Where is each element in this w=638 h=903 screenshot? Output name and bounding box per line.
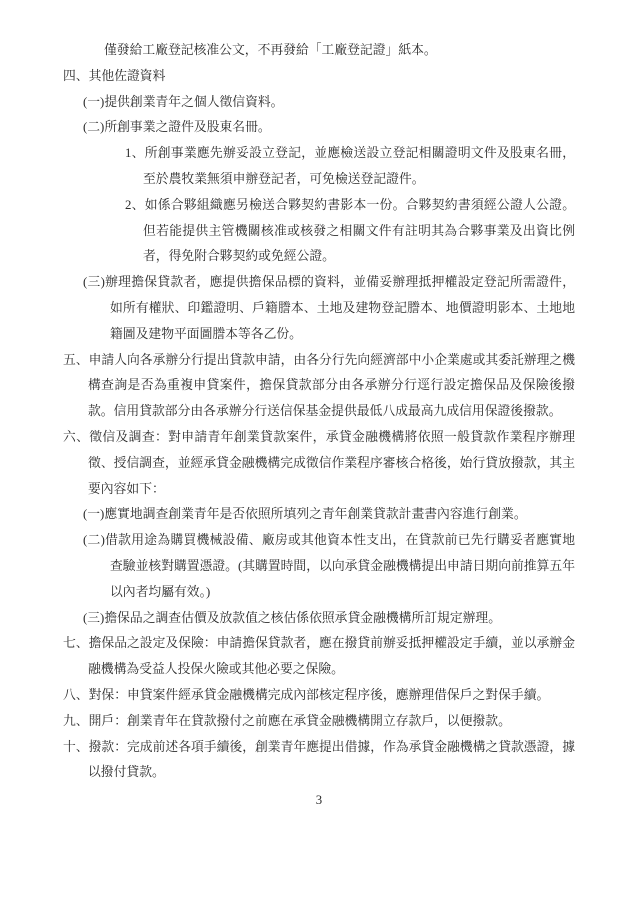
item-4-3: (三)辦理擔保貸款者，應提供擔保品標的資料，並備妥辦理抵押權設定登記所需證件，如…	[63, 270, 575, 347]
item-4-2: (二)所創事業之證件及股東名冊。	[63, 115, 575, 141]
item-4-2-sub-1: 1、所創事業應先辦妥設立登記，並應檢送設立登記相關證明文件及股東名冊，至於農牧業…	[63, 141, 575, 193]
item-4-2-sub-2: 2、如係合夥組織應另檢送合夥契約書影本一份。合夥契約書須經公證人公證。但若能提供…	[63, 193, 575, 270]
item-6-3: (三)擔保品之調查估價及放款值之核估係依照承貸金融機構所訂規定辦理。	[63, 606, 575, 632]
section-6: 六、徵信及調查：對申請青年創業貸款案件，承貸金融機構將依照一般貸款作業程序辦理徵…	[63, 425, 575, 502]
item-4-1: (一)提供創業青年之個人徵信資料。	[63, 90, 575, 116]
section-10: 十、撥款：完成前述各項手續後，創業青年應提出借據，作為承貸金融機構之貸款憑證，據…	[63, 735, 575, 787]
item-6-2: (二)借款用途為購買機械設備、廠房或其他資本性支出，在貸款前已先行購妥者應實地查…	[63, 528, 575, 605]
section-5: 五、申請人向各承辦分行提出貸款申請，由各分行先向經濟部中小企業處或其委託辦理之機…	[63, 348, 575, 425]
document-page: 僅發給工廠登記核准公文，不再發給「工廠登記證」紙本。 四、其他佐證資料 (一)提…	[0, 0, 638, 903]
item-6-1: (一)應實地調查創業青年是否依照所填列之青年創業貸款計畫書內容進行創業。	[63, 502, 575, 528]
page-number: 3	[63, 788, 575, 814]
paragraph-carryover-note: 僅發給工廠登記核准公文，不再發給「工廠登記證」紙本。	[63, 38, 575, 64]
section-9: 九、開戶：創業青年在貸款撥付之前應在承貸金融機構開立存款戶，以便撥款。	[63, 709, 575, 735]
section-7: 七、擔保品之設定及保險：申請擔保貸款者，應在撥貸前辦妥抵押權設定手續，並以承辦金…	[63, 631, 575, 683]
section-4-heading: 四、其他佐證資料	[63, 64, 575, 90]
section-8: 八、對保：申貸案件經承貸金融機構完成內部核定程序後，應辦理借保戶之對保手續。	[63, 683, 575, 709]
